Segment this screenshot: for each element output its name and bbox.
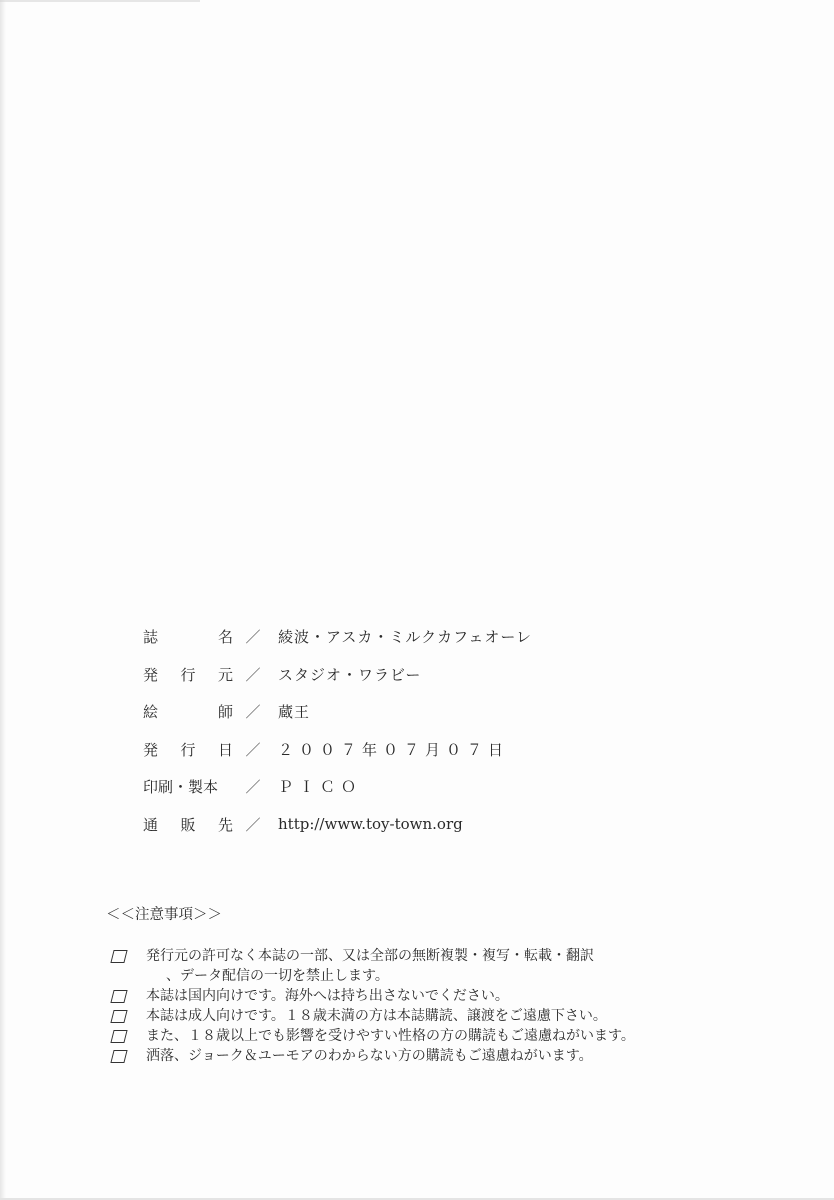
colophon-value-date: ２００７年０７月０７日 xyxy=(278,739,509,760)
separator-slash: ／ xyxy=(236,701,270,722)
colophon-row-publisher: 発 行 元 ／ スタジオ・ワラビー xyxy=(143,656,532,694)
colophon-row-artist: 絵 師 ／ 蔵王 xyxy=(143,693,532,731)
colophon-value-url: http://www.toy-town.org xyxy=(278,815,463,833)
note-text: また、１８歳以上でも影響を受けやすい性格の方の購読もご遠慮ねがいます。 xyxy=(146,1026,635,1046)
colophon: 誌 名 ／ 綾波・アスカ・ミルクカフェオーレ 発 行 元 ／ スタジオ・ワラビー… xyxy=(143,618,532,843)
colophon-label: 発 行 日 xyxy=(143,739,233,760)
colophon-label: 誌 名 xyxy=(143,626,233,647)
note-text: 本誌は成人向けです。１８歳未満の方は本誌購読、譲渡をご遠慮下さい。 xyxy=(146,1006,607,1026)
note-line-continuation: 、データ配信の一切を禁止します。 xyxy=(146,966,594,986)
checkbox-square-icon xyxy=(110,1030,127,1043)
label-char: 名 xyxy=(218,626,233,647)
notes-list: 発行元の許可なく本誌の一部、又は全部の無断複製・複写・転載・翻訳 、データ配信の… xyxy=(106,946,726,1066)
notes-heading: ＜＜注意事項＞＞ xyxy=(106,904,726,926)
separator-slash: ／ xyxy=(236,626,270,647)
separator-slash: ／ xyxy=(236,776,270,797)
scan-edge-shadow xyxy=(0,0,6,1200)
colophon-value-title: 綾波・アスカ・ミルクカフェオーレ xyxy=(278,626,532,647)
note-text: 本誌は国内向けです。海外へは持ち出さないでください。 xyxy=(146,986,509,1006)
label-char: 行 xyxy=(180,664,195,685)
separator-slash: ／ xyxy=(236,664,270,685)
note-item: 本誌は国内向けです。海外へは持ち出さないでください。 xyxy=(106,986,726,1006)
note-item: 本誌は成人向けです。１８歳未満の方は本誌購読、譲渡をご遠慮下さい。 xyxy=(106,1006,726,1026)
note-text: 洒落、ジョーク＆ユーモアのわからない方の購読もご遠慮ねがいます。 xyxy=(146,1046,593,1066)
label-char: 先 xyxy=(218,814,233,835)
colophon-row-mail-order: 通 販 先 ／ http://www.toy-town.org xyxy=(143,806,532,844)
note-line: 発行元の許可なく本誌の一部、又は全部の無断複製・複写・転載・翻訳 xyxy=(146,948,594,964)
checkbox-square-icon xyxy=(110,1010,127,1023)
colophon-row-title: 誌 名 ／ 綾波・アスカ・ミルクカフェオーレ xyxy=(143,618,532,656)
note-item: 洒落、ジョーク＆ユーモアのわからない方の購読もご遠慮ねがいます。 xyxy=(106,1046,726,1066)
colophon-value-artist: 蔵王 xyxy=(278,701,310,722)
label-char: 通 xyxy=(143,814,158,835)
colophon-row-date: 発 行 日 ／ ２００７年０７月０７日 xyxy=(143,731,532,769)
label-char: 絵 xyxy=(143,701,158,722)
checkbox-square-icon xyxy=(110,1050,127,1063)
label-char: 日 xyxy=(218,739,233,760)
colophon-value-publisher: スタジオ・ワラビー xyxy=(278,664,421,685)
separator-slash: ／ xyxy=(236,739,270,760)
label-char: 印刷・製本 xyxy=(143,776,218,797)
label-char: 販 xyxy=(180,814,195,835)
scan-edge-top xyxy=(0,0,200,2)
note-item: また、１８歳以上でも影響を受けやすい性格の方の購読もご遠慮ねがいます。 xyxy=(106,1026,726,1046)
label-char: 発 xyxy=(143,664,158,685)
separator-slash: ／ xyxy=(236,814,270,835)
colophon-label: 通 販 先 xyxy=(143,814,233,835)
label-char: 発 xyxy=(143,739,158,760)
label-char: 行 xyxy=(180,739,195,760)
colophon-row-printer: 印刷・製本 ／ ＰＩＣＯ xyxy=(143,768,532,806)
checkbox-square-icon xyxy=(110,990,127,1003)
checkbox-square-icon xyxy=(110,950,127,963)
colophon-label: 絵 師 xyxy=(143,701,233,722)
colophon-label: 発 行 元 xyxy=(143,664,233,685)
label-char: 誌 xyxy=(143,626,158,647)
label-char: 元 xyxy=(218,664,233,685)
colophon-label: 印刷・製本 xyxy=(143,776,233,797)
note-item: 発行元の許可なく本誌の一部、又は全部の無断複製・複写・転載・翻訳 、データ配信の… xyxy=(106,946,726,986)
colophon-value-printer: ＰＩＣＯ xyxy=(278,776,362,797)
notes-section: ＜＜注意事項＞＞ 発行元の許可なく本誌の一部、又は全部の無断複製・複写・転載・翻… xyxy=(106,904,726,1082)
label-char: 師 xyxy=(218,701,233,722)
note-text: 発行元の許可なく本誌の一部、又は全部の無断複製・複写・転載・翻訳 、データ配信の… xyxy=(146,946,594,986)
